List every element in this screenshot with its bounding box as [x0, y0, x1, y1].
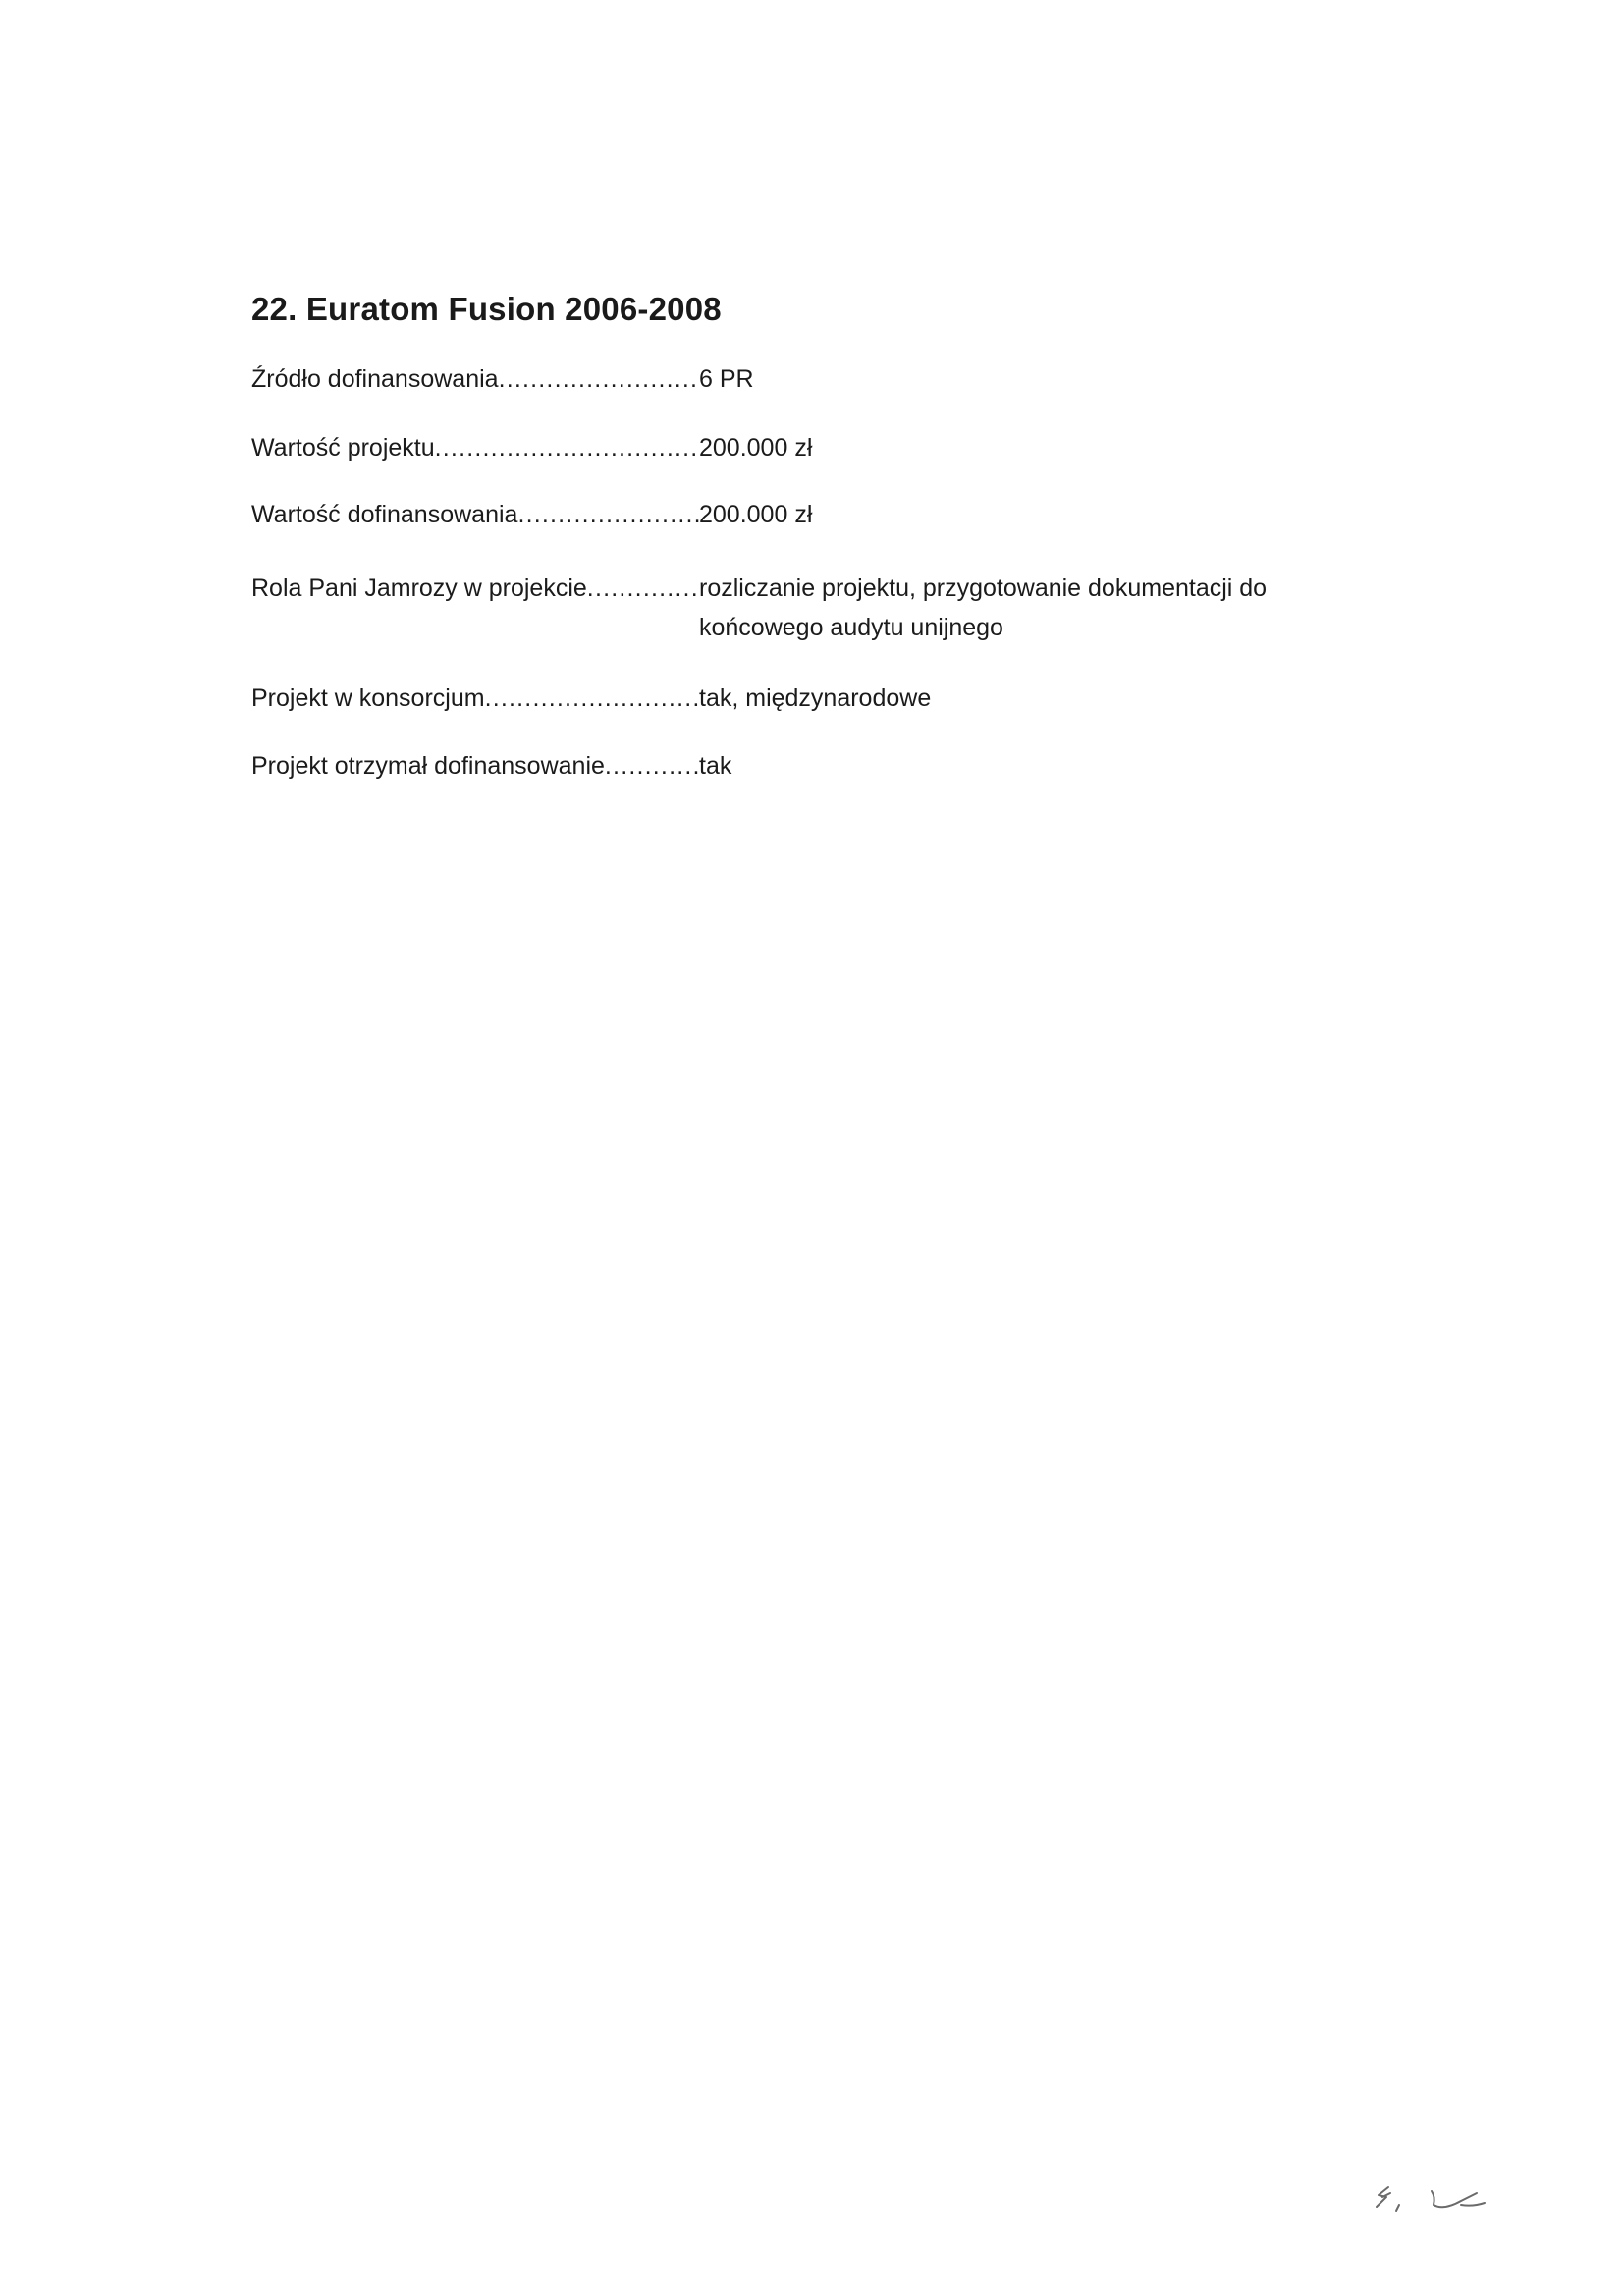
- dot-leader: [587, 569, 699, 608]
- field-label: Projekt otrzymał dofinansowanie: [251, 746, 605, 786]
- dot-leader: [435, 428, 699, 467]
- signature-icon: [1375, 2175, 1522, 2234]
- field-label: Projekt w konsorcjum: [251, 679, 485, 718]
- dot-leader: [485, 679, 699, 718]
- dot-leader: [605, 746, 699, 786]
- field-row-role: Rola Pani Jamrozy w projekcie rozliczani…: [251, 569, 1367, 647]
- field-row-funded: Projekt otrzymał dofinansowanie tak: [251, 746, 1367, 786]
- field-value: tak, międzynarodowe: [699, 679, 1367, 718]
- field-label: Rola Pani Jamrozy w projekcie: [251, 569, 587, 608]
- field-value: 6 PR: [699, 359, 1367, 399]
- field-row-project-value: Wartość projektu 200.000 zł: [251, 428, 1367, 467]
- field-label: Źródło dofinansowania: [251, 359, 499, 399]
- field-value: tak: [699, 746, 1367, 786]
- field-value: 200.000 zł: [699, 495, 1367, 534]
- dot-leader: [499, 359, 699, 399]
- dot-leader: [517, 495, 699, 534]
- field-row-funding-value: Wartość dofinansowania 200.000 zł: [251, 495, 1367, 534]
- field-row-consortium: Projekt w konsorcjum tak, międzynarodowe: [251, 679, 1367, 718]
- field-label: Wartość dofinansowania: [251, 495, 517, 534]
- field-value: rozliczanie projektu, przygotowanie doku…: [699, 569, 1367, 647]
- section-heading: 22. Euratom Fusion 2006-2008: [251, 291, 722, 328]
- field-label: Wartość projektu: [251, 428, 435, 467]
- field-value: 200.000 zł: [699, 428, 1367, 467]
- field-row-funding-source: Źródło dofinansowania 6 PR: [251, 359, 1367, 399]
